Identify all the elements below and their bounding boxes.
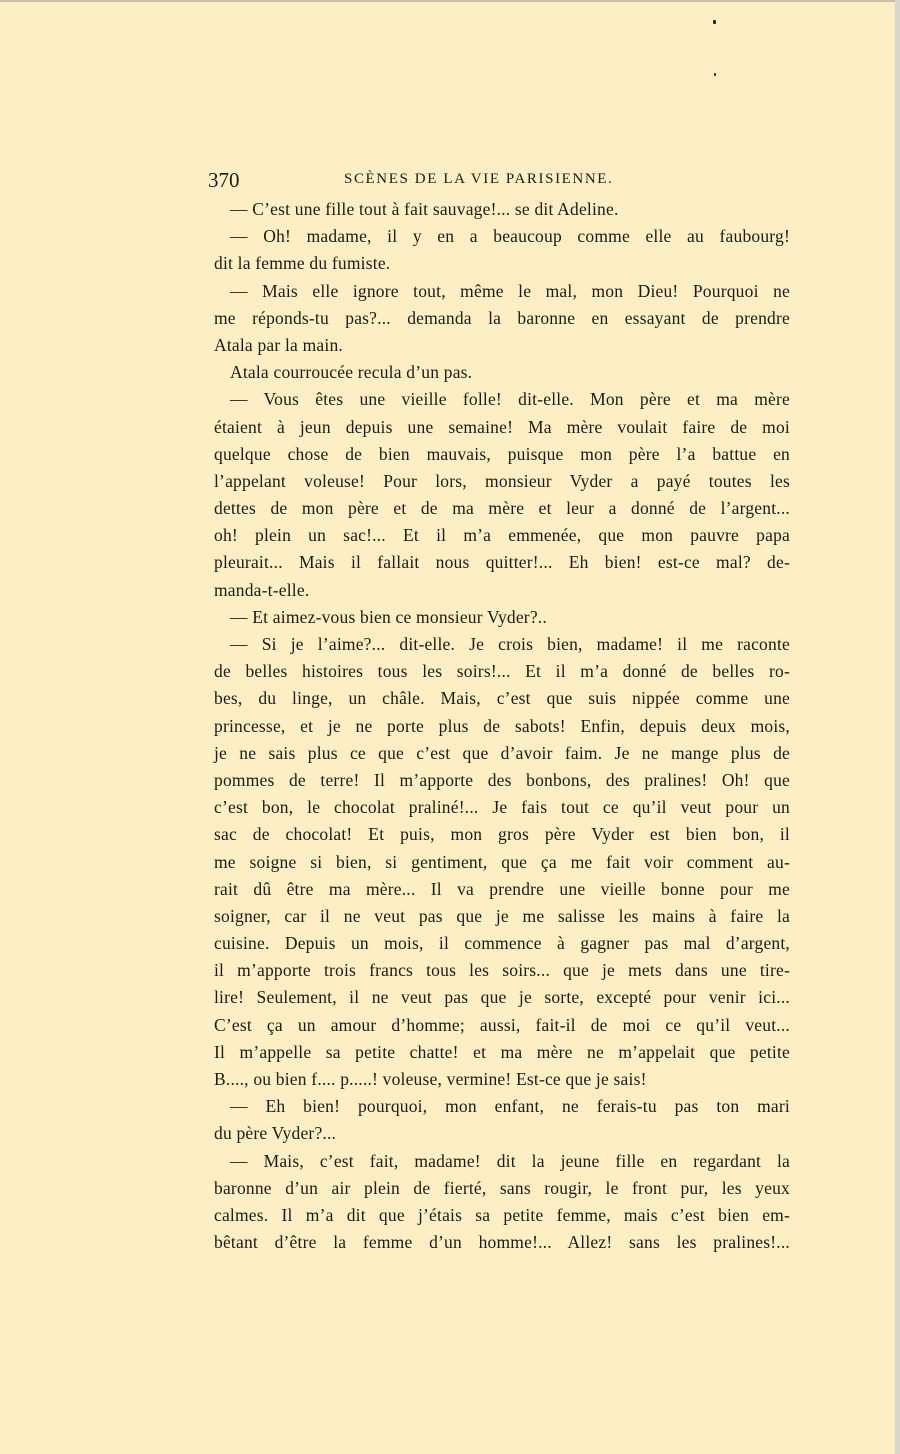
scan-top-edge [0, 0, 900, 2]
text-line: manda-t-elle. [214, 577, 790, 604]
text-line: calmes. Il m’a dit que j’étais sa petite… [214, 1202, 790, 1229]
ink-speck [714, 73, 716, 76]
text-line: baronne d’un air plein de fierté, sans r… [214, 1175, 790, 1202]
text-line: — Mais elle ignore tout, même le mal, mo… [214, 278, 790, 305]
text-line: me réponds-tu pas?... demanda la baronne… [214, 305, 790, 332]
text-line: c’est bon, le chocolat praliné!... Je fa… [214, 794, 790, 821]
text-line: oh! plein un sac!... Et il m’a emmenée, … [214, 522, 790, 549]
text-line: me soigne si bien, si gentiment, que ça … [214, 849, 790, 876]
page-header: 370 SCÈNES DE LA VIE PARISIENNE. [214, 168, 790, 196]
text-line: dit la femme du fumiste. [214, 250, 790, 277]
body-text: — C’est une fille tout à fait sauvage!..… [214, 196, 790, 1256]
text-line: lire! Seulement, il ne veut pas que je s… [214, 984, 790, 1011]
text-line: de belles histoires tous les soirs!... E… [214, 658, 790, 685]
text-line: pleurait... Mais il fallait nous quitter… [214, 549, 790, 576]
text-line: — Et aimez-vous bien ce monsieur Vyder?.… [214, 604, 790, 631]
text-line: sac de chocolat! Et puis, mon gros père … [214, 821, 790, 848]
text-line: — C’est une fille tout à fait sauvage!..… [214, 196, 790, 223]
text-line: Il m’appelle sa petite chatte! et ma mèr… [214, 1039, 790, 1066]
text-line: rait dû être ma mère... Il va prendre un… [214, 876, 790, 903]
text-line: il m’apporte trois francs tous les soirs… [214, 957, 790, 984]
text-line: C’est ça un amour d’homme; aussi, fait-i… [214, 1012, 790, 1039]
book-page: 370 SCÈNES DE LA VIE PARISIENNE. — C’est… [214, 168, 790, 1256]
running-head: SCÈNES DE LA VIE PARISIENNE. [344, 171, 613, 188]
text-line: bêtant d’être la femme d’un homme!... Al… [214, 1229, 790, 1256]
text-line: l’appelant voleuse! Pour lors, monsieur … [214, 468, 790, 495]
text-line: soigner, car il ne veut pas que je me sa… [214, 903, 790, 930]
text-line: cuisine. Depuis un mois, il commence à g… [214, 930, 790, 957]
text-line: bes, du linge, un châle. Mais, c’est que… [214, 685, 790, 712]
text-line: Atala par la main. [214, 332, 790, 359]
text-line: dettes de mon père et de ma mère et leur… [214, 495, 790, 522]
text-line: B...., ou bien f.... p.....! voleuse, ve… [214, 1066, 790, 1093]
text-line: — Si je l’aime?... dit-elle. Je crois bi… [214, 631, 790, 658]
text-line: — Eh bien! pourquoi, mon enfant, ne fera… [214, 1093, 790, 1120]
text-line: princesse, et je ne porte plus de sabots… [214, 713, 790, 740]
scan-right-edge [895, 0, 900, 1454]
text-line: du père Vyder?... [214, 1120, 790, 1147]
page-number: 370 [208, 168, 240, 193]
text-line: — Oh! madame, il y en a beaucoup comme e… [214, 223, 790, 250]
text-line: étaient à jeun depuis une semaine! Ma mè… [214, 414, 790, 441]
text-line: Atala courroucée recula d’un pas. [214, 359, 790, 386]
text-line: — Vous êtes une vieille folle! dit-elle.… [214, 386, 790, 413]
ink-speck [713, 20, 716, 24]
text-line: pommes de terre! Il m’apporte des bonbon… [214, 767, 790, 794]
text-line: — Mais, c’est fait, madame! dit la jeune… [214, 1148, 790, 1175]
text-line: je ne sais plus ce que c’est que d’avoir… [214, 740, 790, 767]
text-line: quelque chose de bien mauvais, puisque m… [214, 441, 790, 468]
